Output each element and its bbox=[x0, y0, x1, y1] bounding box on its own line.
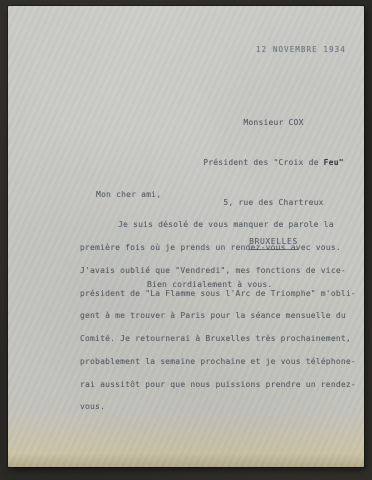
body-line: probablement la semaine prochaine et je … bbox=[80, 358, 355, 366]
body-line: J'avais oublié que "Vendredi", mes fonct… bbox=[80, 267, 355, 275]
closing-formula: Bien cordialement à vous. bbox=[147, 281, 272, 289]
body-line: vous. bbox=[80, 403, 355, 411]
recipient-title-emphasis: Feu" bbox=[324, 158, 344, 167]
letter-page: 12 NOVEMBRE 1934 Monsieur COX Président … bbox=[8, 6, 364, 467]
body-line: Comité. Je retournerai à Bruxelles très … bbox=[80, 335, 355, 343]
body-line: président de "La Flamme sous l'Arc de Tr… bbox=[80, 290, 355, 298]
date-stamp: 12 NOVEMBRE 1934 bbox=[256, 46, 346, 54]
scan-background: 12 NOVEMBRE 1934 Monsieur COX Président … bbox=[0, 0, 372, 480]
recipient-title: Président des "Croix de Feu" bbox=[181, 156, 366, 169]
body-line: rai aussitôt pour que nous puissions pre… bbox=[80, 381, 355, 389]
body-line: gent à me trouver à Paris pour la séance… bbox=[80, 312, 355, 320]
salutation: Mon cher ami, bbox=[96, 191, 161, 199]
recipient-name: Monsieur COX bbox=[181, 116, 366, 129]
letter-body: Je suis désolé de vous manquer de parole… bbox=[80, 206, 355, 426]
body-line: première fois où je prends un rendez-vou… bbox=[80, 244, 355, 252]
body-line: Je suis désolé de vous manquer de parole… bbox=[80, 221, 355, 229]
recipient-title-text: Président des "Croix de bbox=[203, 158, 323, 167]
